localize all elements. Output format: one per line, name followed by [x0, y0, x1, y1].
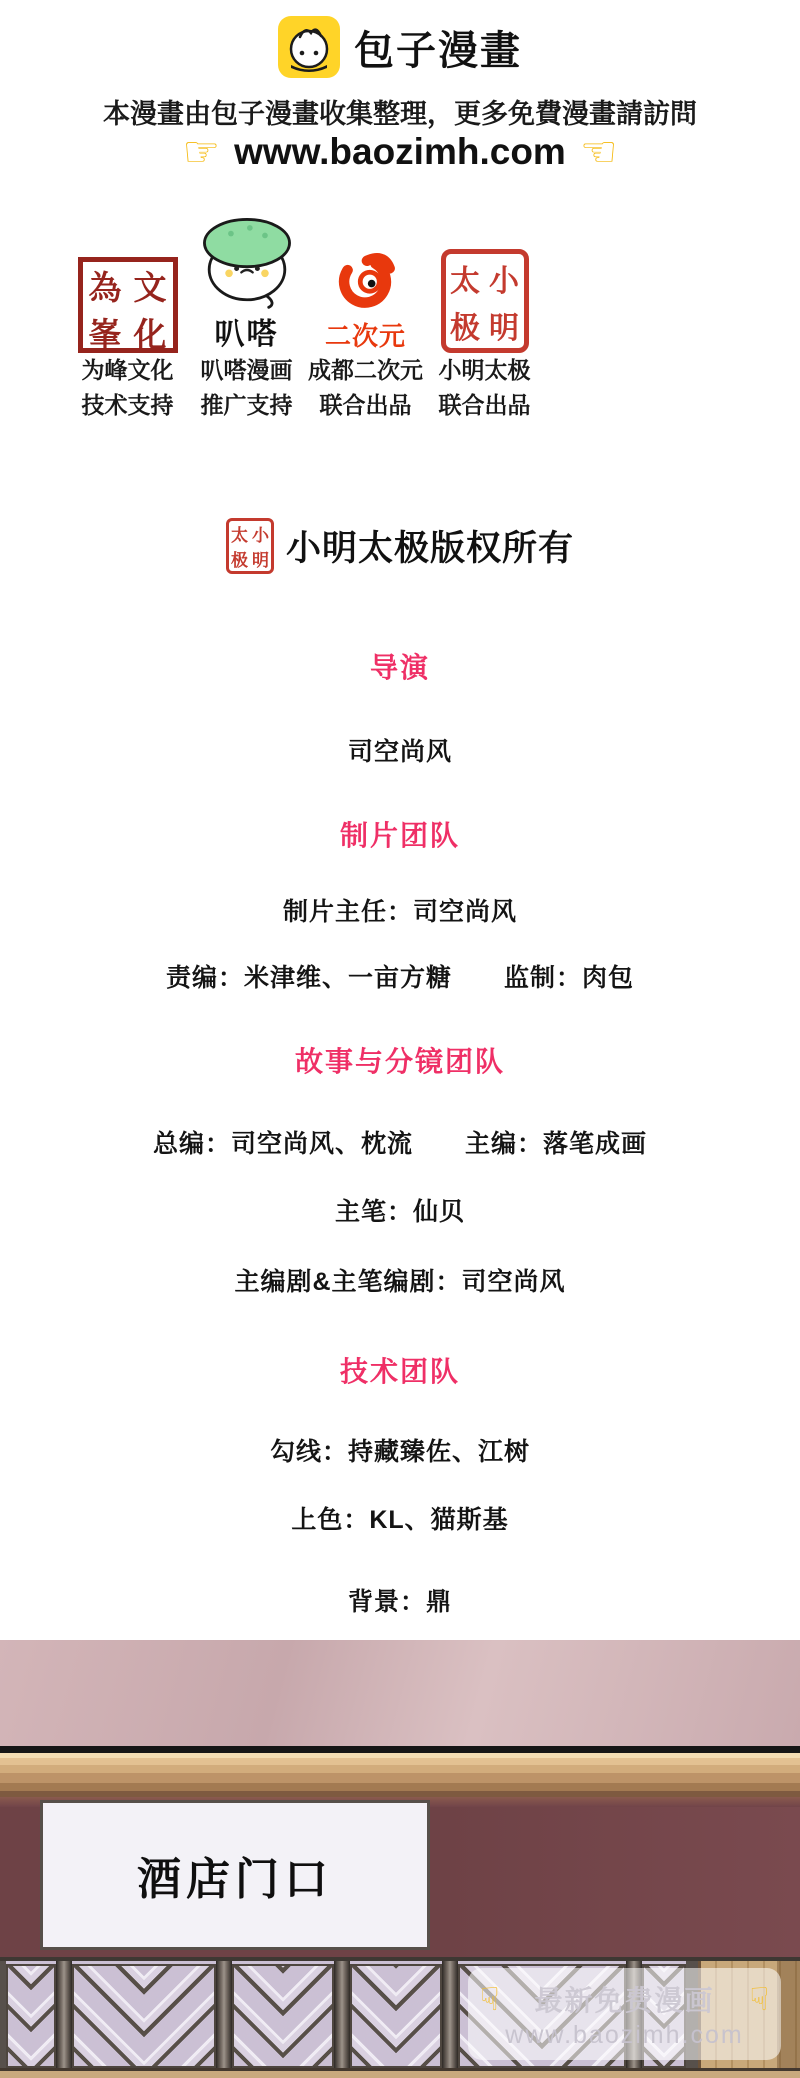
sponsor-name: 小明太极 [439, 353, 531, 388]
credits: 导演 司空尚风 制片团队 制片主任：司空尚风 责编：米津维、一亩方糖 监制：肉包… [0, 646, 800, 1618]
page: 包子漫畫 本漫畫由包子漫畫收集整理，更多免費漫畫請訪問 ☞ www.baozim… [0, 0, 800, 2078]
panel-cornice-line [0, 1746, 800, 1753]
credit-line: 总编：司空尚风、枕流 主编：落笔成画 [0, 1124, 800, 1160]
floor-strip [0, 2068, 800, 2078]
credit-line: 勾线：持藏臻佐、江树 [0, 1432, 800, 1468]
copyright-row: 太 小 极 明 小明太极版权所有 [0, 518, 800, 574]
seal-char: 化 [134, 309, 167, 356]
credit-line: 背景：鼎 [0, 1582, 800, 1618]
seal-char: 小 [489, 256, 519, 300]
sponsor-xiaoming: 太 小 极 明 小明太极 联合出品 [425, 201, 544, 422]
erciyuan-logo-text: 二次元 [325, 316, 406, 353]
section-heading-production: 制片团队 [0, 814, 800, 854]
point-down-icon: ☟ [750, 1983, 769, 2015]
point-left-icon: ☜ [580, 131, 618, 173]
erciyuan-swirl-icon: 二次元 [325, 201, 406, 353]
door-mullion [442, 1961, 458, 2068]
section-heading-story: 故事与分镜团队 [0, 1040, 800, 1080]
bada-mascot-icon: 叭嗒 [195, 201, 299, 353]
credit-line: 主笔：仙贝 [0, 1192, 800, 1228]
scene-caption: 酒店门口 [137, 1843, 333, 1907]
sponsor-bada: 叭嗒 叭嗒漫画 推广支持 [187, 201, 306, 422]
seal-char: 极 [450, 303, 480, 347]
website-row: ☞ www.baozimh.com ☜ [0, 131, 800, 173]
credit-line: 制片主任：司空尚风 [0, 892, 800, 928]
door-mullion [334, 1961, 350, 2068]
sponsor-name: 为峰文化 [82, 353, 174, 388]
door-panel [6, 1964, 56, 2068]
door-panel [232, 1964, 334, 2068]
credit-line: 主编剧&主笔编剧：司空尚风 [0, 1262, 800, 1298]
bada-logo-text: 叭嗒 [215, 309, 279, 353]
seal-char: 峯 [89, 309, 122, 356]
collection-notice: 本漫畫由包子漫畫收集整理，更多免費漫畫請訪問 [0, 92, 800, 131]
seal-char: 文 [134, 262, 167, 309]
credit-line: 责编：米津维、一亩方糖 监制：肉包 [0, 958, 800, 994]
panel-cornice [0, 1753, 800, 1797]
xiaoming-taiji-mini-seal-icon: 太 小 极 明 [226, 518, 274, 574]
panel-upper-wall [0, 1640, 800, 1746]
brand-name: 包子漫畫 [354, 19, 522, 76]
sponsor-row: 為 文 峯 化 为峰文化 技术支持 [68, 201, 544, 422]
seal-char: 太 [231, 521, 248, 546]
point-down-icon: ☟ [480, 1983, 499, 2015]
brand-header: 包子漫畫 [0, 0, 800, 78]
scene-caption-box: 酒店门口 [40, 1800, 430, 1950]
xiaoming-taiji-seal-icon: 太 小 极 明 [441, 201, 529, 353]
section-heading-tech: 技术团队 [0, 1350, 800, 1390]
watermark-url: www.baozimh.com [505, 2021, 743, 2050]
watermark-box: ☟ 最新免费漫画 ☟ www.baozimh.com [468, 1968, 781, 2060]
copyright-text: 小明太极版权所有 [286, 521, 574, 571]
door-panel [72, 1964, 216, 2068]
watermark-row: ☟ 最新免费漫画 ☟ [468, 1979, 781, 2019]
seal-char: 為 [89, 262, 122, 309]
sponsor-name: 成都二次元 [308, 353, 423, 388]
door-panel [350, 1964, 442, 2068]
watermark-text: 最新免费漫画 [534, 1979, 714, 2019]
sponsor-role: 技术支持 [82, 388, 174, 423]
door-mullion [216, 1961, 232, 2068]
weifeng-seal-icon: 為 文 峯 化 [78, 201, 178, 353]
seal-char: 明 [489, 303, 519, 347]
seal-char: 明 [252, 546, 269, 571]
credit-line: 司空尚风 [0, 732, 800, 768]
website-link[interactable]: www.baozimh.com [234, 131, 566, 173]
sponsor-role: 联合出品 [320, 388, 412, 423]
door-mullion [56, 1961, 72, 2068]
baozi-bun-icon [278, 16, 340, 78]
point-right-icon: ☞ [183, 131, 221, 173]
sponsor-erciyuan: 二次元 成都二次元 联合出品 [306, 201, 425, 422]
section-heading-director: 导演 [0, 646, 800, 686]
seal-char: 小 [252, 521, 269, 546]
credit-line: 上色：KL、猫斯基 [0, 1500, 800, 1536]
sponsor-name: 叭嗒漫画 [201, 353, 293, 388]
sponsor-role: 推广支持 [201, 388, 293, 423]
seal-char: 太 [450, 256, 480, 300]
seal-char: 极 [231, 546, 248, 571]
sponsor-weifeng: 為 文 峯 化 为峰文化 技术支持 [68, 201, 187, 422]
comic-panel: 酒店门口 ☟ 最新免费漫画 ☟ www.baozimh.com [0, 1640, 800, 2078]
sponsor-role: 联合出品 [439, 388, 531, 423]
